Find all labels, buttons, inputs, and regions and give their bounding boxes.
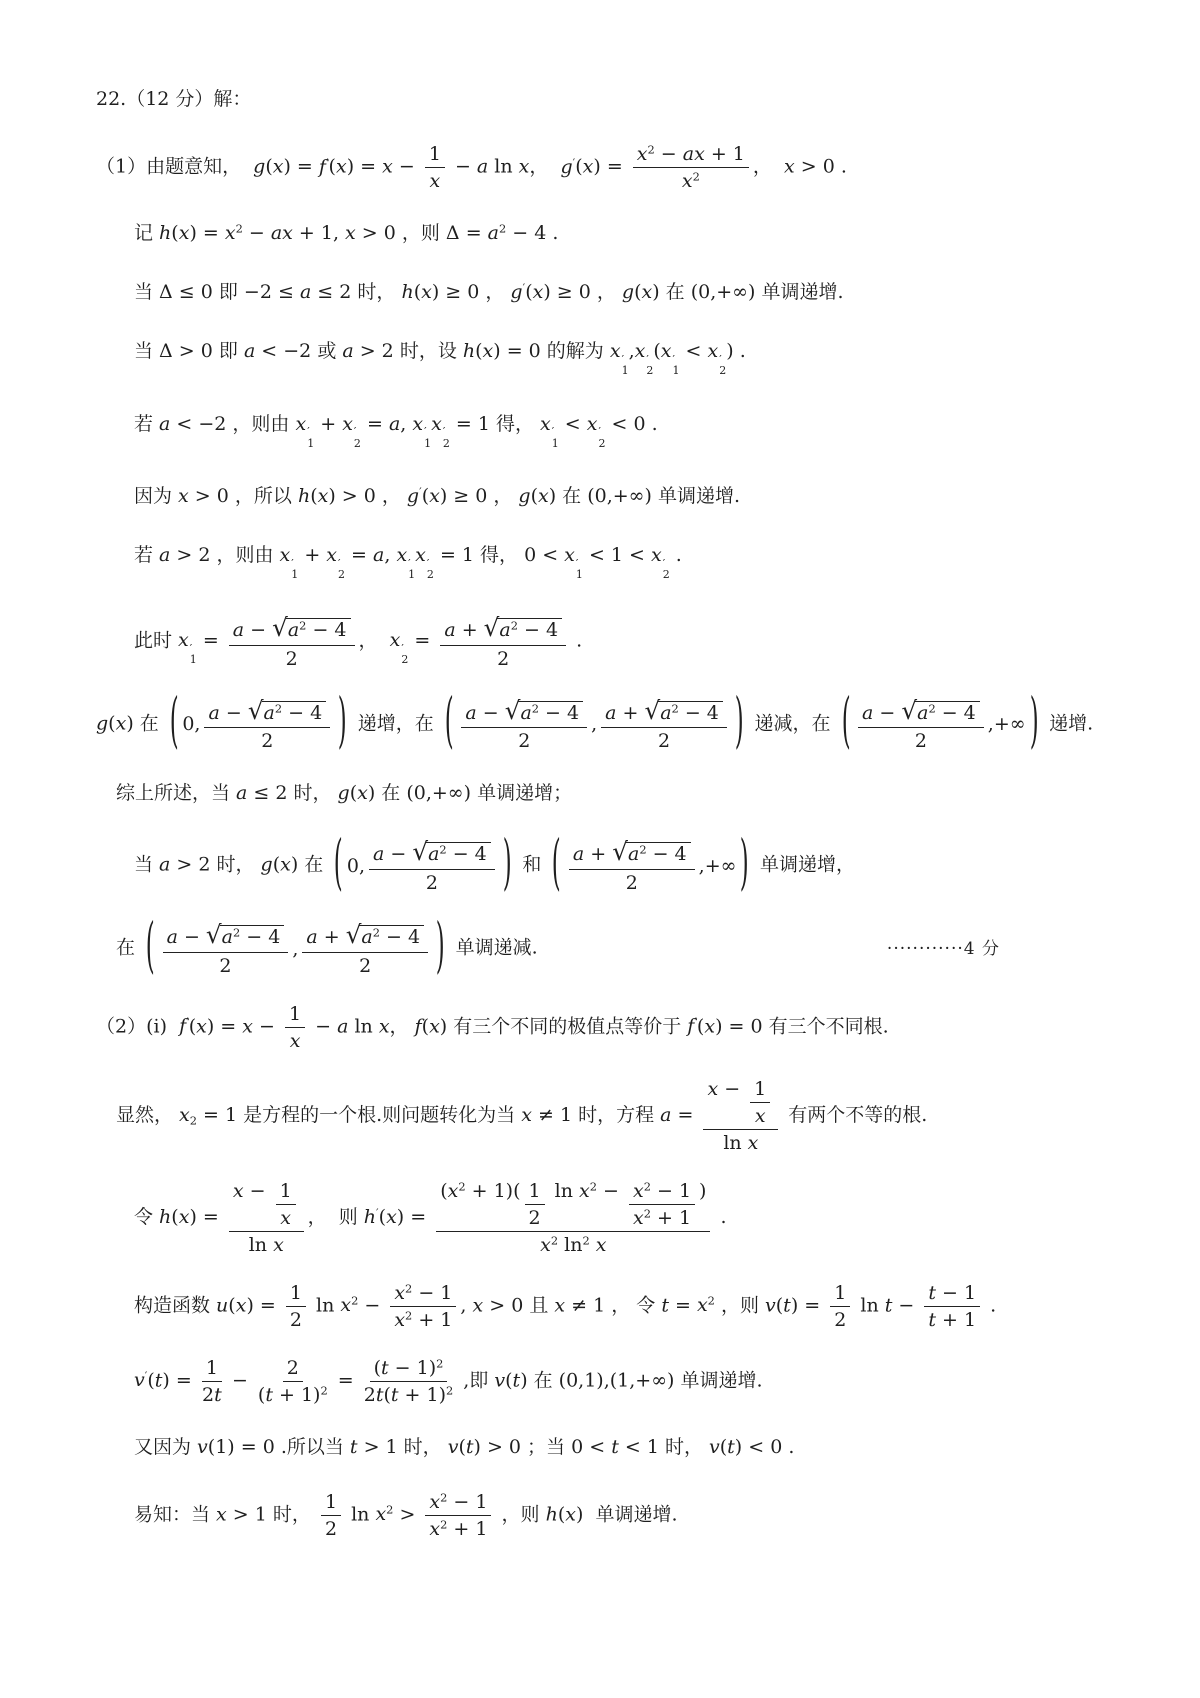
math-text: + bbox=[318, 926, 346, 948]
fraction: 12 bbox=[525, 1180, 545, 1229]
text-run: x bbox=[429, 1015, 440, 1037]
math-var: x bbox=[236, 1294, 247, 1316]
math-text: − 4 bbox=[539, 702, 579, 724]
text-run: 2 bbox=[286, 648, 298, 670]
math-var: a bbox=[342, 340, 353, 362]
math-text: ) ≥ 0 ， bbox=[440, 485, 519, 507]
text-run: a bbox=[488, 222, 499, 244]
text-run: ) = bbox=[246, 1294, 281, 1316]
math-var: t bbox=[928, 1282, 936, 1304]
superscript: ′ bbox=[424, 426, 427, 438]
radical-sign: √ bbox=[248, 696, 263, 725]
text-run: = bbox=[332, 1369, 360, 1391]
math-var: x2 bbox=[429, 1518, 447, 1540]
fraction: 1x bbox=[425, 143, 445, 192]
text-run: x bbox=[386, 1206, 397, 1228]
text-run: 2 bbox=[364, 1384, 376, 1406]
math-text: 2 bbox=[529, 1207, 541, 1229]
math-var: x bbox=[472, 1294, 483, 1316]
math-text: + bbox=[584, 843, 612, 865]
numerator: a + √a2 − 4 bbox=[569, 837, 695, 870]
math-text: ) > 0 ；当 0 < bbox=[474, 1436, 612, 1458]
denominator: 2 bbox=[915, 728, 927, 752]
math-text: 2 bbox=[359, 955, 371, 977]
text-run: ln bbox=[348, 1015, 378, 1037]
numerator: 2 bbox=[283, 1357, 303, 1382]
math-var: t bbox=[611, 1436, 619, 1458]
text-run: a bbox=[361, 926, 372, 948]
radicand: a2 − 4 bbox=[518, 701, 583, 726]
math-var: t bbox=[350, 1436, 358, 1458]
text-run: a bbox=[373, 544, 384, 566]
denominator: 2 bbox=[834, 1307, 846, 1331]
text-run: x bbox=[633, 1180, 644, 1202]
text-run: 1 bbox=[289, 1003, 301, 1025]
text-run: ) 单调递增. bbox=[576, 1503, 678, 1525]
text-run: 和 bbox=[516, 854, 547, 876]
numerator: a − √a2 − 4 bbox=[858, 696, 984, 729]
text-run: v bbox=[134, 1369, 145, 1391]
square-root: √a2 − 4 bbox=[412, 837, 490, 867]
math-text: 综上所述，当 bbox=[116, 782, 236, 804]
math-var: x bbox=[707, 1078, 718, 1100]
paren-content: a − √a2 − 42,a + √a2 − 42 bbox=[156, 920, 436, 977]
math-var: x′1 bbox=[540, 413, 559, 435]
math-text: 1 bbox=[529, 1180, 541, 1202]
math-var: x bbox=[483, 340, 494, 362]
math-var: g bbox=[253, 156, 265, 178]
numerator: a − √a2 − 4 bbox=[369, 837, 495, 870]
sub-sup-stack: ′2 bbox=[338, 558, 345, 581]
math-text: ，则 bbox=[495, 1503, 545, 1525]
math-text: 1 bbox=[429, 143, 441, 165]
math-text: ( bbox=[422, 485, 429, 507]
text-run: ) 在 (0,+∞) 单调递增. bbox=[652, 281, 843, 303]
math-text: 记 bbox=[134, 222, 159, 244]
text-run: ( bbox=[258, 1384, 265, 1406]
math-text: ) 单调递增. bbox=[576, 1503, 678, 1525]
math-text: 构造函数 bbox=[134, 1294, 216, 1316]
superscript: 2 bbox=[639, 843, 646, 857]
denominator: x bbox=[755, 1103, 766, 1127]
math-text: 显然， bbox=[116, 1104, 179, 1126]
math-var: x bbox=[336, 156, 347, 178]
text-run: v bbox=[765, 1294, 776, 1316]
math-var: x bbox=[748, 1132, 759, 1154]
text-run: ≤ 2 时， bbox=[311, 281, 401, 303]
math-var: v′ bbox=[134, 1369, 147, 1391]
text-run: ) = bbox=[162, 1369, 197, 1391]
fraction: t − 1t + 1 bbox=[924, 1282, 980, 1331]
subscript: 2 bbox=[598, 438, 605, 450]
superscript: 2 bbox=[458, 1180, 465, 1194]
math-var: x′2 bbox=[431, 413, 450, 435]
math-var: a bbox=[573, 843, 584, 865]
math-var: x bbox=[196, 1015, 207, 1037]
math-text: ln bbox=[549, 1180, 579, 1202]
text-run: > 2 时， bbox=[170, 854, 260, 876]
math-var: h bbox=[159, 1206, 171, 1228]
text-run: 2 bbox=[658, 730, 670, 752]
math-text: = 1 得， bbox=[450, 413, 540, 435]
fraction: x2 − 1x2 + 1 bbox=[390, 1282, 456, 1331]
text-run: > 1 时， bbox=[358, 1436, 448, 1458]
math-text: = bbox=[361, 413, 389, 435]
math-text: + bbox=[298, 544, 326, 566]
radical-sign: √ bbox=[644, 696, 659, 725]
text-run: + 1 bbox=[447, 1518, 487, 1540]
radicand: a2 − 4 bbox=[286, 618, 351, 643]
math-text: ( bbox=[379, 1206, 386, 1228]
math-var: x bbox=[538, 485, 549, 507]
math-var: v bbox=[765, 1294, 776, 1316]
math-text: 22.（12 分）解： bbox=[96, 88, 251, 110]
math-var: x bbox=[784, 156, 795, 178]
math-text: ， bbox=[359, 629, 390, 651]
text-run: 易知：当 bbox=[134, 1503, 216, 1525]
text-run: 2 bbox=[626, 872, 638, 894]
math-var: x2 bbox=[448, 1180, 466, 1202]
math-text: ( bbox=[228, 1294, 235, 1316]
math-text: 2 bbox=[290, 1309, 302, 1331]
text-run: x bbox=[336, 156, 347, 178]
radical-sign: √ bbox=[272, 613, 287, 642]
math-text: − 4 bbox=[282, 702, 322, 724]
text-run: g bbox=[338, 782, 350, 804]
math-text: < bbox=[559, 413, 587, 435]
superscript: 2 bbox=[644, 1207, 651, 1221]
numerator: 1 bbox=[525, 1180, 545, 1205]
math-text: − bbox=[597, 1180, 625, 1202]
subscript: 1 bbox=[552, 438, 559, 450]
math-text: − 4 bbox=[240, 926, 280, 948]
text-run: x bbox=[661, 340, 672, 362]
right-paren: ) bbox=[337, 694, 348, 754]
subscript: 2 bbox=[663, 569, 670, 581]
math-text: ( bbox=[329, 156, 336, 178]
math-text: . bbox=[714, 1206, 726, 1228]
math-var: x′1 bbox=[412, 413, 431, 435]
superscript: 2 bbox=[511, 619, 518, 633]
math-var: a bbox=[236, 782, 247, 804]
text-run: a bbox=[660, 1104, 671, 1126]
subscript: 1 bbox=[190, 654, 197, 666]
text-run: ( bbox=[265, 156, 272, 178]
text-run: t bbox=[928, 1282, 936, 1304]
text-run: x bbox=[483, 340, 494, 362]
text-run: x bbox=[533, 281, 544, 303]
text-run: x bbox=[429, 485, 440, 507]
math-text: ln bbox=[345, 1503, 375, 1525]
math-text: < −2 ，则由 bbox=[170, 413, 295, 435]
math-text: , bbox=[591, 713, 597, 735]
text-run: + 1) bbox=[273, 1384, 321, 1406]
denominator: 2 bbox=[529, 1205, 541, 1229]
text-run: 1 bbox=[834, 1282, 846, 1304]
math-text: ) ≥ 0 ， bbox=[432, 281, 511, 303]
math-text: 1 bbox=[754, 1078, 766, 1100]
math-text: . bbox=[570, 629, 582, 651]
text-run: x bbox=[415, 544, 426, 566]
text-run: x bbox=[642, 281, 653, 303]
math-text: < bbox=[680, 340, 708, 362]
text-run: > 2 ，则由 bbox=[170, 544, 279, 566]
math-var: h′ bbox=[364, 1206, 379, 1228]
text-run: f bbox=[415, 1015, 422, 1037]
text-run: − bbox=[243, 222, 271, 244]
text-run: 2 bbox=[325, 1518, 337, 1540]
denominator: 2 bbox=[497, 646, 509, 670]
right-paren: ) bbox=[502, 836, 513, 896]
text-run: ) ≥ 0 ， bbox=[543, 281, 622, 303]
denominator: 2 bbox=[359, 953, 371, 977]
text-run: ) ≥ 0 ， bbox=[440, 485, 519, 507]
math-var: g bbox=[261, 854, 273, 876]
math-var: t bbox=[381, 1357, 389, 1379]
text-run: 0, bbox=[182, 713, 200, 735]
math-var: x′2 bbox=[342, 413, 361, 435]
math-text: − bbox=[309, 1015, 337, 1037]
math-text: = bbox=[408, 629, 436, 651]
text-run: 记 bbox=[134, 222, 159, 244]
math-var: v bbox=[494, 1369, 505, 1391]
text-run: x bbox=[390, 629, 401, 651]
math-line: 若 a > 2 ，则由 x′1 + x′2 = a, x′1x′2 = 1 得，… bbox=[134, 540, 1130, 581]
math-text: ≤ 2 时， bbox=[311, 281, 401, 303]
math-text: 2 bbox=[497, 648, 509, 670]
math-text: ， 则 bbox=[308, 1206, 364, 1228]
text-run: g bbox=[622, 281, 634, 303]
math-var: h bbox=[463, 340, 475, 362]
superscript: 2 bbox=[440, 1518, 447, 1532]
text-run: − 1 bbox=[412, 1282, 452, 1304]
text-run: ,+∞ bbox=[988, 713, 1026, 735]
text-run: ( bbox=[422, 485, 429, 507]
text-run: 2 bbox=[426, 872, 438, 894]
math-text: − bbox=[358, 1294, 386, 1316]
math-var: x′2 bbox=[635, 340, 654, 362]
math-text: − 1 bbox=[447, 1491, 487, 1513]
denominator: 2 bbox=[518, 728, 530, 752]
text-run: h bbox=[463, 340, 475, 362]
text-run: < bbox=[680, 340, 708, 362]
math-var: a bbox=[477, 156, 488, 178]
text-run: a bbox=[264, 702, 275, 724]
math-text: ( bbox=[575, 156, 582, 178]
text-run: = 1 是方程的一个根.则问题转化为当 bbox=[197, 1104, 521, 1126]
text-run: ) ≥ 0 ， bbox=[432, 281, 511, 303]
text-run: ≠ 1 时，方程 bbox=[532, 1104, 660, 1126]
text-run: ( bbox=[171, 222, 178, 244]
math-text: > 1 时， bbox=[358, 1436, 448, 1458]
math-text: − bbox=[244, 1180, 272, 1202]
text-run: − 4 bbox=[380, 926, 420, 948]
text-run: 显然， bbox=[116, 1104, 179, 1126]
math-var: x bbox=[430, 170, 441, 192]
text-run: 1 bbox=[529, 1180, 541, 1202]
math-line: 若 a < −2 ，则由 x′1 + x′2 = a, x′1x′2 = 1 得… bbox=[134, 409, 1130, 450]
math-line: （2）(i) f′(x) = x − 1x − a ln x， f(x) 有三个… bbox=[96, 1003, 1130, 1052]
fraction: x − 1xln x bbox=[703, 1078, 778, 1154]
math-var: x bbox=[533, 281, 544, 303]
math-text: ≠ 1 时，方程 bbox=[532, 1104, 660, 1126]
text-run: x bbox=[565, 1503, 576, 1525]
math-text: ≤ 2 时， bbox=[247, 782, 337, 804]
text-run: 综上所述，当 bbox=[116, 782, 236, 804]
math-text: < 0 . bbox=[605, 413, 657, 435]
text-run: ，则 bbox=[495, 1503, 545, 1525]
math-var: x′2 bbox=[708, 340, 727, 362]
text-run: x bbox=[242, 1015, 253, 1037]
text-run: 当 Δ > 0 即 bbox=[134, 340, 244, 362]
math-text: ( bbox=[440, 1180, 447, 1202]
subscript: 2 bbox=[427, 569, 434, 581]
text-run: a bbox=[465, 702, 476, 724]
math-text: 0, bbox=[182, 713, 200, 735]
math-line: 又因为 v(1) = 0 .所以当 t > 1 时， v(t) > 0 ；当 0… bbox=[134, 1432, 1130, 1459]
denominator: 2 bbox=[325, 1516, 337, 1540]
text-run: x bbox=[633, 1207, 644, 1229]
math-var: a bbox=[306, 926, 317, 948]
math-text: ( bbox=[147, 1369, 154, 1391]
text-run: − bbox=[253, 1015, 281, 1037]
math-text: − bbox=[718, 1078, 746, 1100]
text-run: − bbox=[226, 1369, 254, 1391]
math-var: a2 bbox=[628, 843, 647, 865]
text-run: （2）(i) bbox=[96, 1015, 179, 1037]
math-text: + bbox=[456, 619, 484, 641]
math-text: 2 bbox=[287, 1357, 299, 1379]
math-text: ) = bbox=[593, 156, 628, 178]
text-run: f bbox=[319, 156, 326, 178]
math-var: t bbox=[661, 1294, 669, 1316]
math-line: 构造函数 u(x) = 12 ln x2 − x2 − 1x2 + 1, x >… bbox=[134, 1282, 1130, 1331]
math-var: x bbox=[704, 1015, 715, 1037]
math-text: ， bbox=[753, 156, 784, 178]
math-text: 2 bbox=[626, 872, 638, 894]
text-run: x bbox=[421, 281, 432, 303]
math-var: t bbox=[727, 1436, 735, 1458]
text-run: = bbox=[408, 629, 436, 651]
math-text: = 1 得， 0 < bbox=[434, 544, 564, 566]
text-run: h bbox=[159, 1206, 171, 1228]
text-run: ln bbox=[488, 156, 518, 178]
text-run: a bbox=[159, 413, 170, 435]
text-run: = bbox=[197, 629, 225, 651]
math-text: ) < 0 . bbox=[735, 1436, 795, 1458]
math-text: 2 bbox=[286, 648, 298, 670]
math-var: v bbox=[197, 1436, 208, 1458]
math-text: ) = bbox=[189, 1206, 224, 1228]
denominator: x bbox=[430, 168, 441, 192]
text-run: a bbox=[236, 782, 247, 804]
math-var: x bbox=[642, 281, 653, 303]
math-var: x bbox=[290, 1030, 301, 1052]
text-run: x bbox=[280, 544, 291, 566]
math-text: ) > 0 ， bbox=[328, 485, 407, 507]
text-run: a bbox=[389, 413, 400, 435]
text-run: , bbox=[292, 938, 298, 960]
text-run: ( bbox=[458, 1436, 465, 1458]
radical-sign: √ bbox=[484, 613, 499, 642]
text-run: x bbox=[554, 1294, 565, 1316]
text-run: , bbox=[591, 713, 597, 735]
text-run: 递减，在 bbox=[748, 712, 836, 734]
math-line: 22.（12 分）解： bbox=[96, 84, 1130, 111]
text-run: ) < 0 . bbox=[735, 1436, 795, 1458]
text-run: 22.（12 分）解： bbox=[96, 88, 251, 110]
text-run: . bbox=[570, 629, 582, 651]
math-var: h bbox=[159, 222, 171, 244]
math-text: ( bbox=[265, 156, 272, 178]
numerator: 1 bbox=[830, 1282, 850, 1307]
text-run: a bbox=[862, 702, 873, 724]
numerator: a − √a2 − 4 bbox=[229, 613, 355, 646]
math-var: a2 bbox=[428, 843, 447, 865]
math-var: a2 bbox=[917, 702, 936, 724]
math-var: x2 bbox=[579, 1180, 597, 1202]
math-text: ln bbox=[348, 1015, 378, 1037]
text-run: a bbox=[520, 702, 531, 724]
math-text: ) = bbox=[791, 1294, 826, 1316]
radical-sign: √ bbox=[206, 920, 221, 949]
fraction: a + √a2 − 42 bbox=[302, 920, 428, 977]
sub-sup-stack: ′1 bbox=[552, 426, 559, 449]
text-run: x bbox=[430, 170, 441, 192]
text-run: ( bbox=[228, 1294, 235, 1316]
math-text: ) 在 (0,+∞) 单调递增； bbox=[368, 782, 572, 804]
math-var: x bbox=[280, 854, 291, 876]
right-paren: ) bbox=[739, 836, 750, 896]
text-run: ) = bbox=[791, 1294, 826, 1316]
left-paren: ( bbox=[145, 918, 156, 978]
text-run: 有两个不等的根. bbox=[782, 1104, 927, 1126]
left-paren: ( bbox=[333, 836, 344, 896]
paren-content: 0,a − √a2 − 42 bbox=[344, 837, 502, 894]
text-run: < 0 . bbox=[605, 413, 657, 435]
text-run: x bbox=[178, 629, 189, 651]
math-var: x bbox=[280, 1207, 291, 1229]
text-run: a bbox=[428, 843, 439, 865]
solution-page: 22.（12 分）解：（1）由题意知， g(x) = f′(x) = x − 1… bbox=[0, 0, 1200, 1698]
text-run: ( bbox=[475, 340, 482, 362]
fraction: (x2 + 1)(12 ln x2 − x2 − 1x2 + 1)x2 ln2 … bbox=[436, 1180, 710, 1256]
paren-content: a − √a2 − 42,+∞ bbox=[851, 696, 1029, 753]
text-run: x bbox=[396, 544, 407, 566]
text-run: a bbox=[373, 843, 384, 865]
math-var: x′2 bbox=[587, 413, 606, 435]
text-run: ,即 bbox=[457, 1369, 494, 1391]
text-run: − 4 bbox=[240, 926, 280, 948]
math-text: 和 bbox=[516, 854, 547, 876]
math-var: x2 bbox=[637, 143, 655, 165]
text-run: ( bbox=[383, 1384, 390, 1406]
text-run: 令 bbox=[134, 1206, 159, 1228]
math-text: + 1, bbox=[293, 222, 345, 244]
math-var: ax bbox=[271, 222, 293, 244]
text-run: g bbox=[96, 712, 108, 734]
math-text: 单调递增， bbox=[754, 854, 855, 876]
text-run: ( bbox=[531, 485, 538, 507]
text-run: − bbox=[220, 702, 248, 724]
text-run: + bbox=[584, 843, 612, 865]
text-run: v bbox=[709, 1436, 720, 1458]
math-var: t bbox=[265, 1384, 273, 1406]
math-text: ) 在 (0,+∞) 单调递增. bbox=[549, 485, 740, 507]
math-text: ( bbox=[458, 1436, 465, 1458]
superscript: 2 bbox=[551, 1234, 558, 1248]
math-var: a bbox=[159, 544, 170, 566]
